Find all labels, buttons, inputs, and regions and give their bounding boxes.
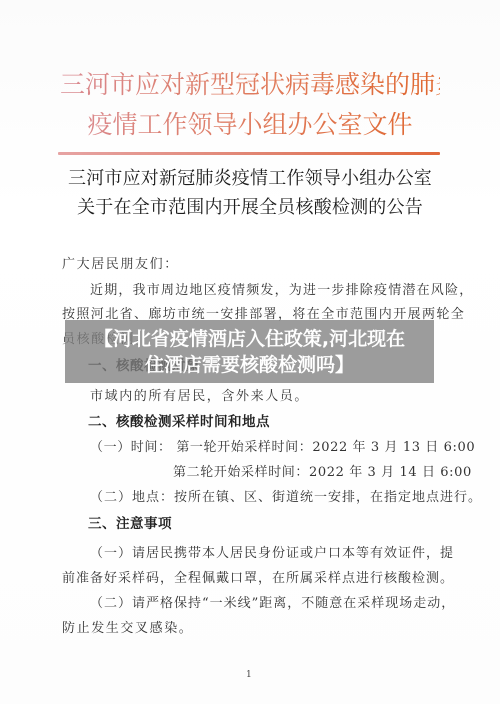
section-1-body: 市域内的所有居民，含外来人员。 (90, 385, 309, 404)
notice-title-line-2: 关于在全市范围内开展全员核酸检测的公告 (60, 193, 440, 219)
section-3-item-2-line-2: 防止发生交叉感染。 (62, 617, 193, 636)
section-2-time-round-2: 第二轮开始采样时间：2022 年 3 月 14 日 6:00 (173, 461, 472, 480)
section-3-item-2-line-1: （二）请严格保持“一米线”距离，不随意在采样现场走动， (90, 592, 455, 611)
notice-title-line-1: 三河市应对新冠肺炎疫情工作领导小组办公室 (60, 164, 440, 190)
caption-line-2: 住酒店需要核酸检测吗】 (145, 352, 354, 378)
caption-overlay-banner: 【河北省疫情酒店入住政策,河北现在 住酒店需要核酸检测吗】 (65, 320, 434, 383)
intro-line-1: 近期，我市周边地区疫情频发，为进一步排除疫情潜在风险， (90, 279, 473, 298)
section-2-time-round-1: （一）时间： 第一轮开始采样时间：2022 年 3 月 13 日 6:00 (90, 436, 475, 455)
document-page: 三河市应对新型冠状病毒感染的肺炎 疫情工作领导小组办公室文件 三河市应对新冠肺炎… (0, 0, 500, 704)
section-3-heading: 三、注意事项 (88, 512, 172, 532)
section-3-item-1-line-2: 前准备好采样码，全程佩戴口罩，在所属采样点进行核酸检测。 (62, 567, 454, 586)
page-number: 1 (246, 670, 252, 680)
salutation: 广大居民朋友们： (62, 253, 179, 272)
section-2-location: （二）地点：按所在镇、区、街道统一安排，在指定地点进行。 (90, 486, 482, 505)
letterhead-line-1: 三河市应对新型冠状病毒感染的肺炎 (60, 72, 440, 97)
section-3-item-1-line-1: （一）请居民携带本人居民身份证或户口本等有效证件，提 (90, 542, 454, 561)
letterhead-divider (58, 152, 440, 155)
caption-line-1: 【河北省疫情酒店入住政策,河北现在 (94, 326, 405, 352)
letterhead-line-2: 疫情工作领导小组办公室文件 (60, 112, 440, 137)
section-2-heading: 二、核酸检测采样时间和地点 (88, 410, 270, 430)
